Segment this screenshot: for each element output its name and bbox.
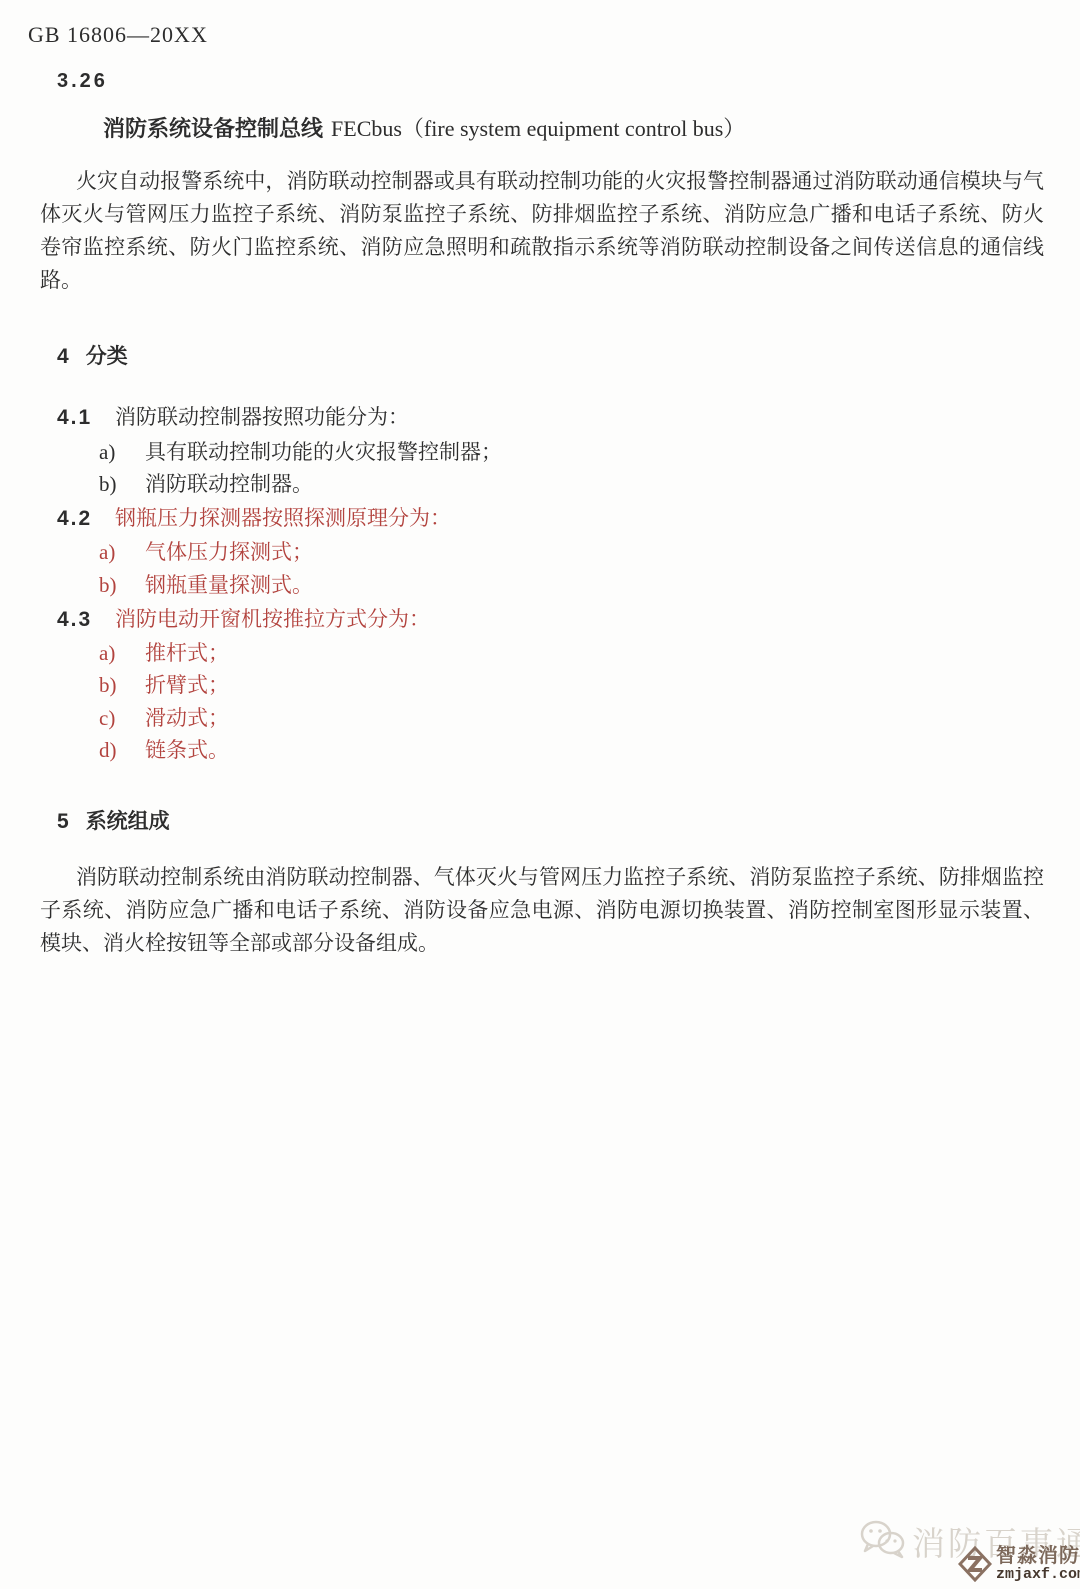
section-5-title: 系统组成 [86, 810, 170, 833]
brand-url: zmjaxf.com [996, 1567, 1080, 1583]
clause-4-3-text: 消防电动开窗机按推拉方式分为： [115, 607, 430, 631]
clause-4-3-item-b: b)折臂式； [99, 669, 999, 699]
item-text: 气体压力探测式； [145, 540, 313, 564]
clause-4-1: 4.1消防联动控制器按照功能分为： [57, 401, 1017, 431]
clause-4-3: 4.3消防电动开窗机按推拉方式分为： [57, 603, 1017, 633]
item-text: 链条式。 [145, 738, 229, 762]
clause-4-3-item-a: a)推杆式； [99, 637, 999, 667]
item-text: 钢瓶重量探测式。 [145, 573, 313, 597]
clause-4-2-item-a: a)气体压力探测式； [99, 536, 999, 566]
definition-paragraph: 火灾自动报警系统中，消防联动控制器或具有联动控制功能的火灾报警控制器通过消防联动… [40, 165, 1044, 297]
item-text: 消防联动控制器。 [145, 472, 313, 496]
item-label: b) [99, 472, 145, 497]
brand-logo-icon [958, 1546, 992, 1587]
clause-4-2-item-b: b)钢瓶重量探测式。 [99, 569, 999, 599]
clause-4-3-item-d: d)链条式。 [99, 734, 999, 764]
item-text: 具有联动控制功能的火灾报警控制器； [145, 440, 502, 464]
composition-paragraph: 消防联动控制系统由消防联动控制器、气体灭火与管网压力监控子系统、消防泵监控子系统… [40, 861, 1044, 960]
section-4-title: 分类 [86, 345, 128, 368]
clause-4-1-item-a: a)具有联动控制功能的火灾报警控制器； [99, 436, 999, 466]
clause-4-1-item-b: b)消防联动控制器。 [99, 468, 999, 498]
section-5-heading: 5系统组成 [57, 805, 170, 835]
item-label: d) [99, 738, 145, 763]
item-label: a) [99, 440, 145, 465]
doc-number: GB 16806—20XX [28, 22, 208, 48]
section-4-number: 4 [57, 345, 69, 368]
clause-4-1-text: 消防联动控制器按照功能分为： [115, 405, 409, 429]
clause-4-2: 4.2钢瓶压力探测器按照探测原理分为： [57, 502, 1017, 532]
standard-document-page: GB 16806—20XX 3.26 消防系统设备控制总线FECbus（fire… [0, 0, 1080, 1589]
section-4-heading: 4分类 [57, 340, 128, 370]
clause-4-2-text: 钢瓶压力探测器按照探测原理分为： [115, 506, 451, 530]
item-label: c) [99, 706, 145, 731]
clause-4-1-number: 4.1 [57, 406, 115, 430]
clause-4-3-number: 4.3 [57, 608, 115, 632]
item-label: b) [99, 573, 145, 598]
clause-3-26-number: 3.26 [57, 70, 108, 93]
term-chinese: 消防系统设备控制总线 [103, 116, 323, 141]
term-definition-title: 消防系统设备控制总线FECbus（fire system equipment c… [103, 112, 745, 143]
term-english: FECbus（fire system equipment control bus… [331, 116, 745, 141]
section-5-number: 5 [57, 810, 69, 833]
item-text: 折臂式； [145, 673, 229, 697]
watermark-brand: 智淼消防 zmjaxf.com [958, 1546, 1080, 1587]
brand-name: 智淼消防 [996, 1546, 1080, 1567]
item-label: a) [99, 641, 145, 666]
item-label: b) [99, 673, 145, 698]
item-text: 滑动式； [145, 706, 229, 730]
wechat-icon [858, 1518, 906, 1565]
clause-4-2-number: 4.2 [57, 507, 115, 531]
item-text: 推杆式； [145, 641, 229, 665]
item-label: a) [99, 540, 145, 565]
clause-4-3-item-c: c)滑动式； [99, 702, 999, 732]
